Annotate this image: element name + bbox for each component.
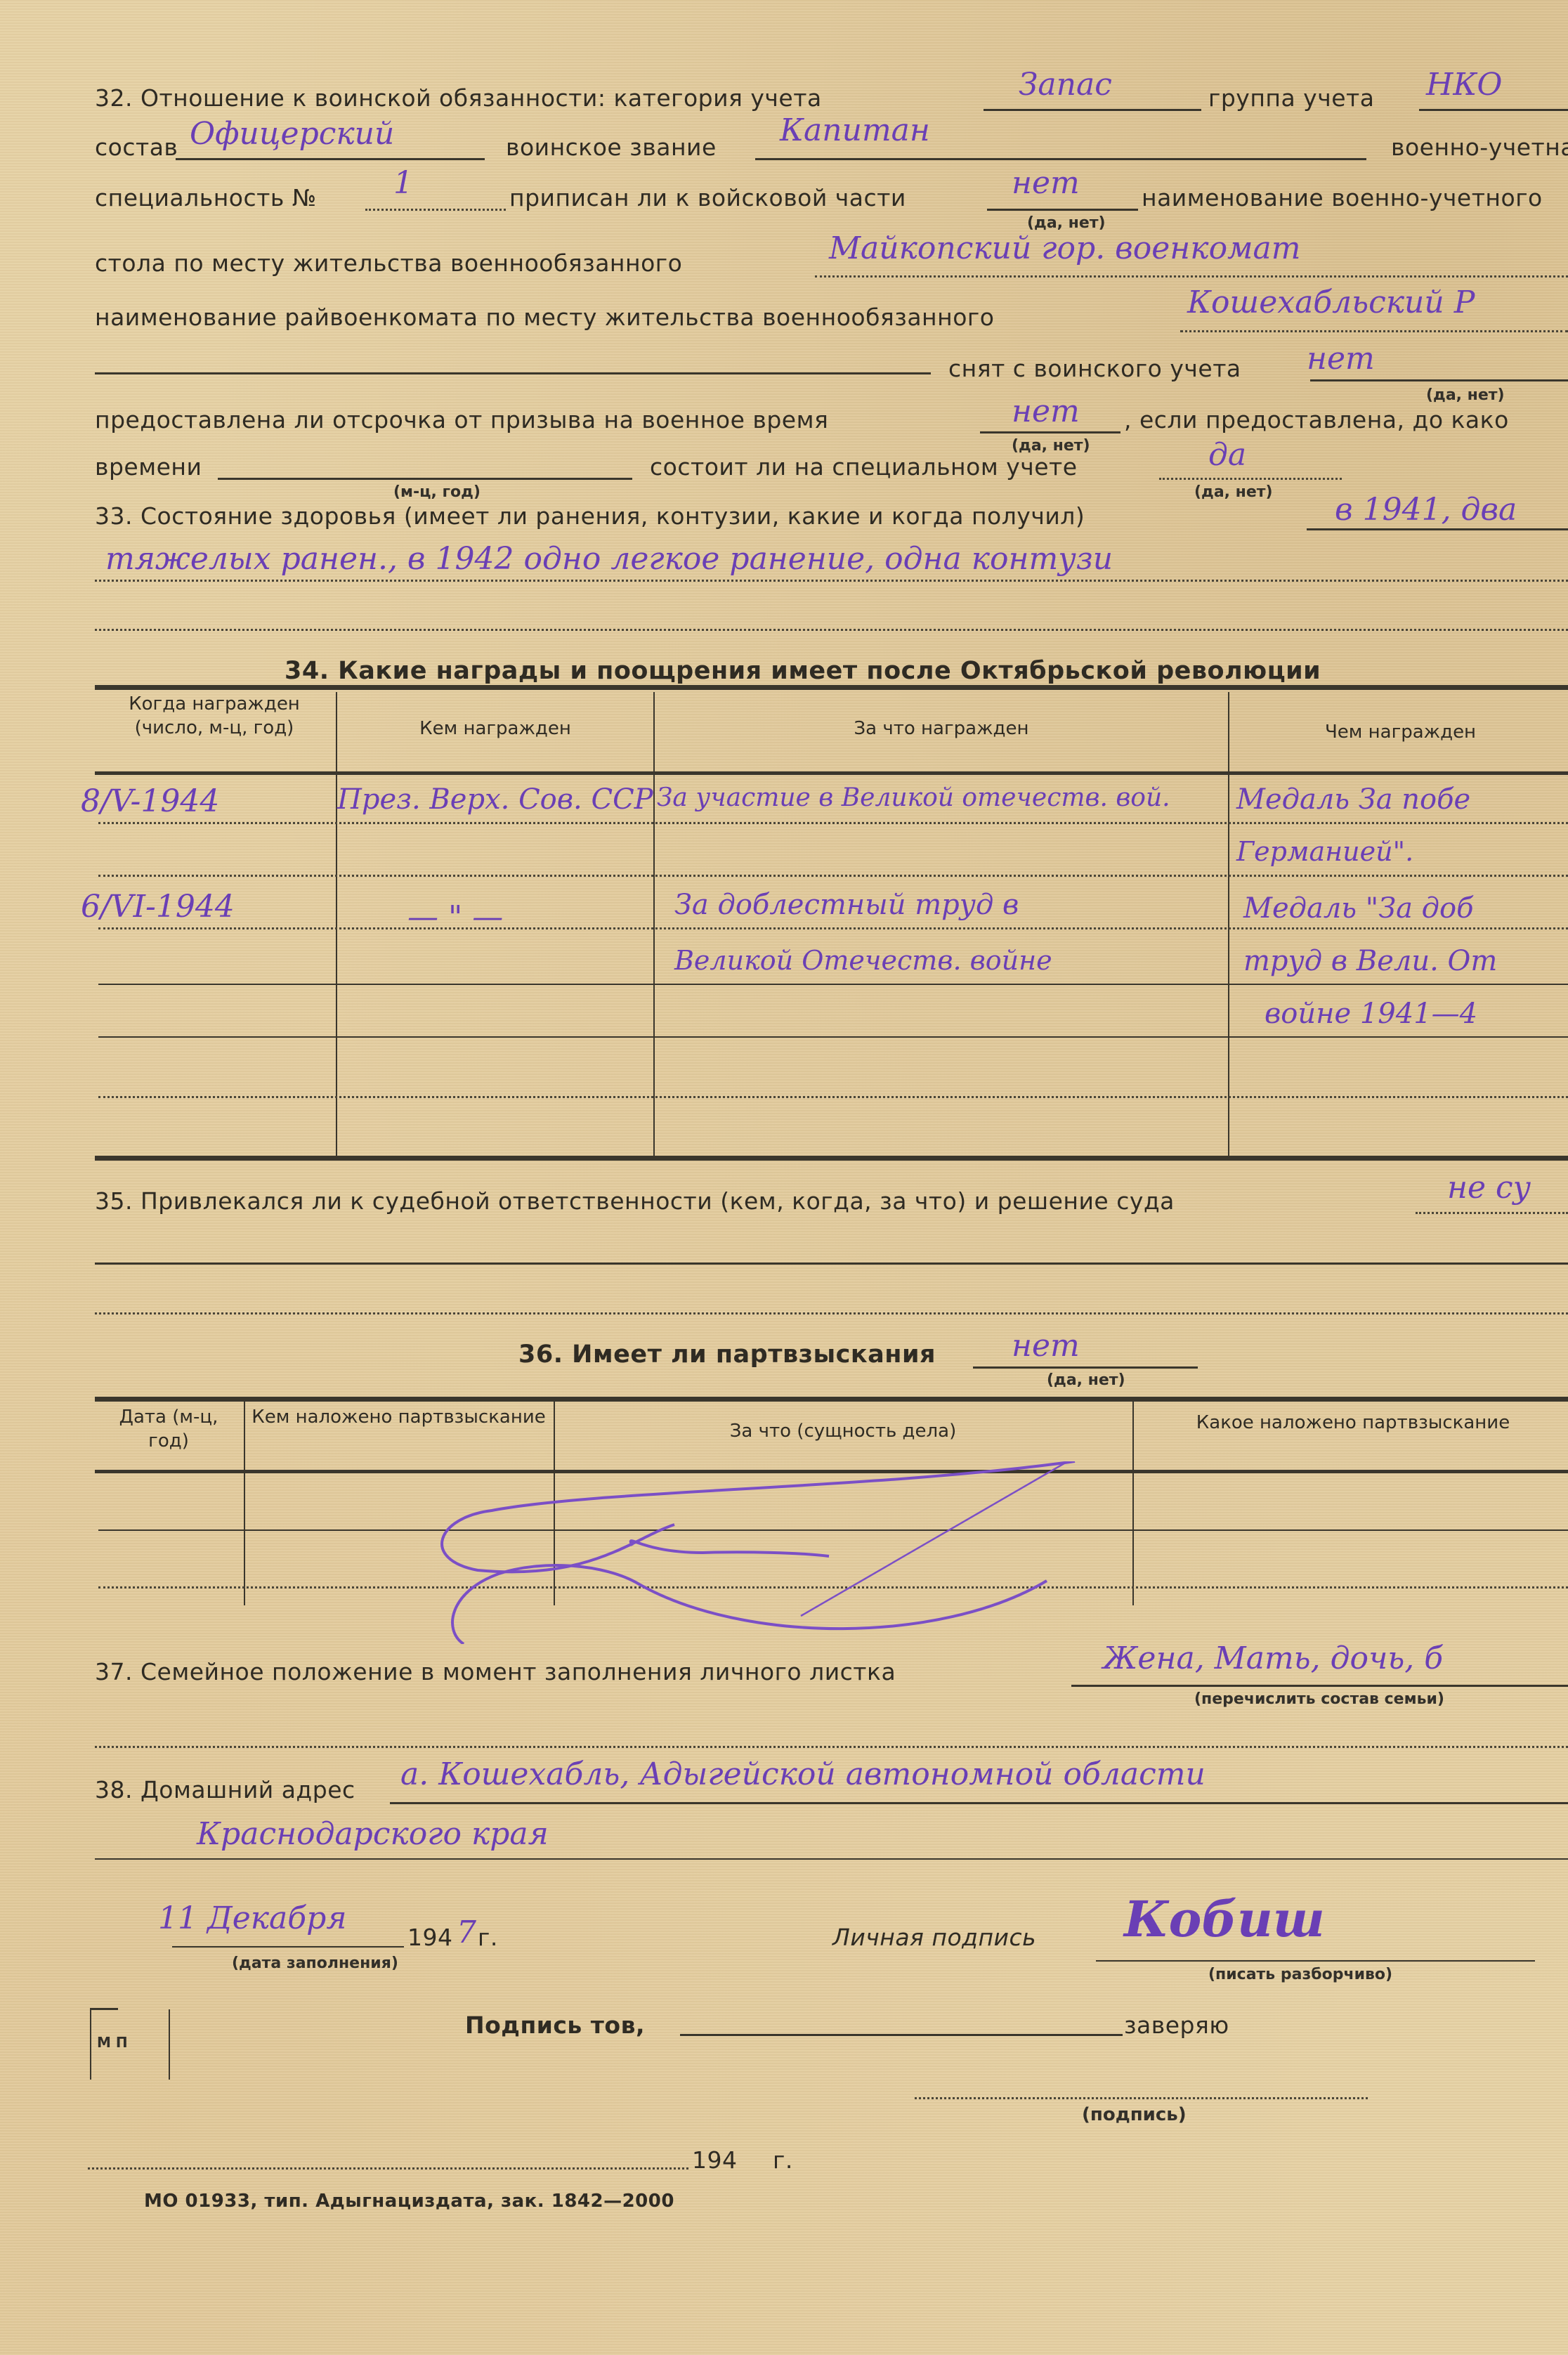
awards-row-line-3: [98, 927, 1568, 929]
unit-field-line: [987, 209, 1138, 211]
office-label-a: наименование военно-учетного: [1142, 184, 1543, 211]
unit-value[interactable]: нет: [1012, 165, 1080, 201]
vus-label: военно-учетная: [1391, 133, 1568, 161]
stamp-corner-line: [90, 2008, 118, 2010]
special-label: состоит ли на специальном учете: [650, 453, 1078, 481]
awards-row-line-5: [98, 1036, 1568, 1038]
award-1-for[interactable]: За участие в Великой отечеств. вой.: [657, 783, 1170, 812]
awards-col-award: Чем награжден: [1233, 720, 1568, 744]
awards-col-by: Кем награжден: [341, 717, 650, 741]
awards-col-divider-1: [336, 692, 337, 1156]
health-value-line1[interactable]: в 1941, два: [1335, 492, 1517, 528]
group-value[interactable]: НКО: [1426, 67, 1503, 103]
family-field-line: [1071, 1685, 1568, 1687]
section-35-label: 35. Привлекался ли к судебной ответствен…: [95, 1187, 1175, 1215]
section-37-label: 37. Семейное положение в момент заполнен…: [95, 1658, 896, 1685]
deferment-value[interactable]: нет: [1012, 393, 1080, 429]
health-field-line: [1307, 528, 1568, 530]
special-value[interactable]: да: [1208, 437, 1246, 473]
penalty-col-by: Кем наложено партвзыскание: [249, 1405, 548, 1429]
awards-header-bottom-border: [95, 771, 1568, 775]
award-2-medal-line3[interactable]: войне 1941—4: [1265, 998, 1477, 1030]
deferment-hint: (да, нет): [1012, 437, 1090, 455]
certify-name-line: [680, 2034, 1123, 2036]
penalty-col-kind: Какое наложено партвзыскание: [1138, 1411, 1568, 1435]
address-value-line2[interactable]: Краснодарского края: [197, 1816, 549, 1852]
awards-col-divider-3: [1228, 692, 1229, 1156]
time-label: времени: [95, 453, 202, 481]
address-field-line-2: [95, 1858, 1568, 1860]
health-field-line-3: [95, 629, 1568, 631]
health-field-line-2: [95, 580, 1568, 582]
special-field-line: [1159, 478, 1342, 480]
awards-row-line-4: [98, 984, 1568, 985]
raivoenkomat-field-line: [1180, 330, 1568, 332]
raivoenkomat-label: наименование райвоенкомата по месту жите…: [95, 304, 994, 331]
award-2-date[interactable]: 6/VI-1944: [81, 889, 235, 925]
specialty-field-line: [365, 209, 506, 211]
rank-value[interactable]: Капитан: [780, 112, 930, 148]
deregistered-field-line: [1310, 379, 1568, 381]
award-1-medal-line2[interactable]: Германией".: [1236, 836, 1413, 867]
office-label-b: стола по месту жительства военнообязанно…: [95, 249, 682, 277]
special-hint: (да, нет): [1194, 483, 1273, 501]
penalty-col-divider-1: [244, 1402, 245, 1605]
printer-imprint: МО 01933, тип. Адыгнациздата, зак. 1842—…: [144, 2191, 674, 2212]
deregistered-label: снят с воинского учета: [948, 355, 1241, 382]
court-field-line-2: [95, 1263, 1568, 1265]
section-38-label: 38. Домашний адрес: [95, 1776, 355, 1803]
office-value[interactable]: Майкопский гор. военкомат: [829, 230, 1301, 266]
awards-row-line-6: [98, 1096, 1568, 1098]
award-1-by[interactable]: През. Верх. Сов. ССР: [337, 783, 653, 816]
fill-date-hint: (дата заполнения): [232, 1955, 398, 1972]
court-field-line-3: [95, 1312, 1568, 1315]
rank-label: воинское звание: [506, 133, 717, 161]
category-field-line: [984, 109, 1201, 111]
certify-year-suffix: г.: [773, 2146, 793, 2174]
section-36-title: 36. Имеет ли партвзыскания: [518, 1340, 936, 1369]
family-hint: (перечислить состав семьи): [1194, 1690, 1444, 1708]
penalty-col-for: За что (сущность дела): [558, 1419, 1128, 1443]
deferment-field-line: [980, 431, 1121, 433]
address-field-line: [390, 1802, 1568, 1804]
certifier-signature-hint: (подпись): [1082, 2104, 1187, 2125]
raivoenkomat-value[interactable]: Кошехабльский Р: [1187, 285, 1475, 320]
composition-value[interactable]: Офицерский: [190, 116, 394, 152]
court-field-line: [1416, 1212, 1568, 1214]
strikeout-scribble-icon: [309, 1461, 1096, 1644]
office-field-line: [815, 275, 1568, 278]
section-33-label: 33. Состояние здоровья (имеет ли ранения…: [95, 502, 1085, 530]
awards-col-date: Когда награжден (число, м-ц, год): [98, 692, 330, 740]
awards-col-divider-2: [653, 692, 655, 1156]
fill-date-value[interactable]: 11 Декабря: [158, 1900, 346, 1936]
section-32-label: 32. Отношение к воинской обязанности: ка…: [95, 84, 822, 112]
category-value[interactable]: Запас: [1019, 67, 1112, 103]
certify-prefix: Подпись тов,: [465, 2011, 645, 2039]
penalty-value[interactable]: нет: [1012, 1328, 1080, 1364]
awards-table-top-border: [95, 685, 1568, 690]
address-value-line1[interactable]: а. Кошехабль, Адыгейской автономной обла…: [400, 1756, 1206, 1792]
fill-date-line: [172, 1946, 404, 1948]
stamp-label: М П: [97, 2034, 128, 2051]
time-field-line: [218, 478, 632, 480]
year-suffix: г.: [478, 1924, 498, 1951]
award-2-for-line1[interactable]: За доблестный труд в: [674, 889, 1019, 921]
year-prefix: 194: [407, 1924, 453, 1951]
group-label: группа учета: [1208, 84, 1374, 112]
awards-table-bottom-border: [95, 1156, 1568, 1161]
time-hint: (м-ц, год): [393, 483, 481, 501]
group-field-line: [1419, 109, 1568, 111]
signature-hint: (писать разборчиво): [1208, 1966, 1392, 1983]
awards-row-line-1: [98, 822, 1568, 824]
awards-col-for: За что награжден: [657, 717, 1226, 741]
raivoenkomat-continuation-line: [95, 372, 931, 374]
deferment-label: предоставлена ли отсрочка от призыва на …: [95, 406, 828, 433]
deregistered-hint: (да, нет): [1426, 386, 1505, 404]
certifier-signature-line: [915, 2097, 1368, 2099]
year-digit-value[interactable]: 7: [457, 1914, 476, 1950]
penalty-hint: (да, нет): [1047, 1371, 1125, 1389]
unit-hint: (да, нет): [1027, 214, 1106, 232]
award-1-date[interactable]: 8/V-1944: [81, 783, 219, 819]
unit-label: приписан ли к войсковой части: [509, 184, 906, 211]
penalty-col-date: Дата (м-ц, год): [98, 1405, 239, 1453]
court-value[interactable]: не су: [1447, 1170, 1531, 1206]
certify-date-line: [88, 2167, 688, 2170]
rank-field-line: [755, 158, 1366, 160]
penalty-table-top-border: [95, 1397, 1568, 1402]
award-2-for-line2[interactable]: Великой Отечеств. войне: [674, 945, 1052, 976]
deferment-until-label: , если предоставлена, до како: [1124, 406, 1509, 433]
composition-label: состав: [95, 133, 178, 161]
family-value[interactable]: Жена, Мать, дочь, б: [1103, 1640, 1443, 1676]
signature-value[interactable]: Кобиш: [1124, 1890, 1325, 1948]
signature-line: [1096, 1960, 1535, 1962]
awards-row-line-2: [98, 875, 1568, 877]
section-34-title: 34. Какие награды и поощрения имеет посл…: [285, 657, 1321, 685]
award-2-medal-line1[interactable]: Медаль "За доб: [1243, 892, 1474, 925]
certify-year: 194: [692, 2146, 738, 2174]
specialty-label: специальность №: [95, 184, 317, 211]
award-2-medal-line2[interactable]: труд в Вели. От: [1243, 945, 1497, 977]
award-2-by[interactable]: — " —: [407, 899, 503, 935]
certify-suffix: заверяю: [1124, 2011, 1229, 2039]
penalty-field-line: [973, 1366, 1198, 1369]
specialty-value[interactable]: 1: [393, 165, 413, 201]
family-field-line-2: [95, 1746, 1568, 1748]
award-1-medal-line1[interactable]: Медаль За побе: [1236, 783, 1470, 816]
composition-field-line: [176, 158, 485, 160]
health-value-line2[interactable]: тяжелых ранен., в 1942 одно легкое ранен…: [105, 541, 1113, 577]
signature-label: Личная подпись: [832, 1924, 1036, 1951]
deregistered-value[interactable]: нет: [1307, 341, 1375, 377]
penalty-col-divider-3: [1132, 1402, 1134, 1605]
